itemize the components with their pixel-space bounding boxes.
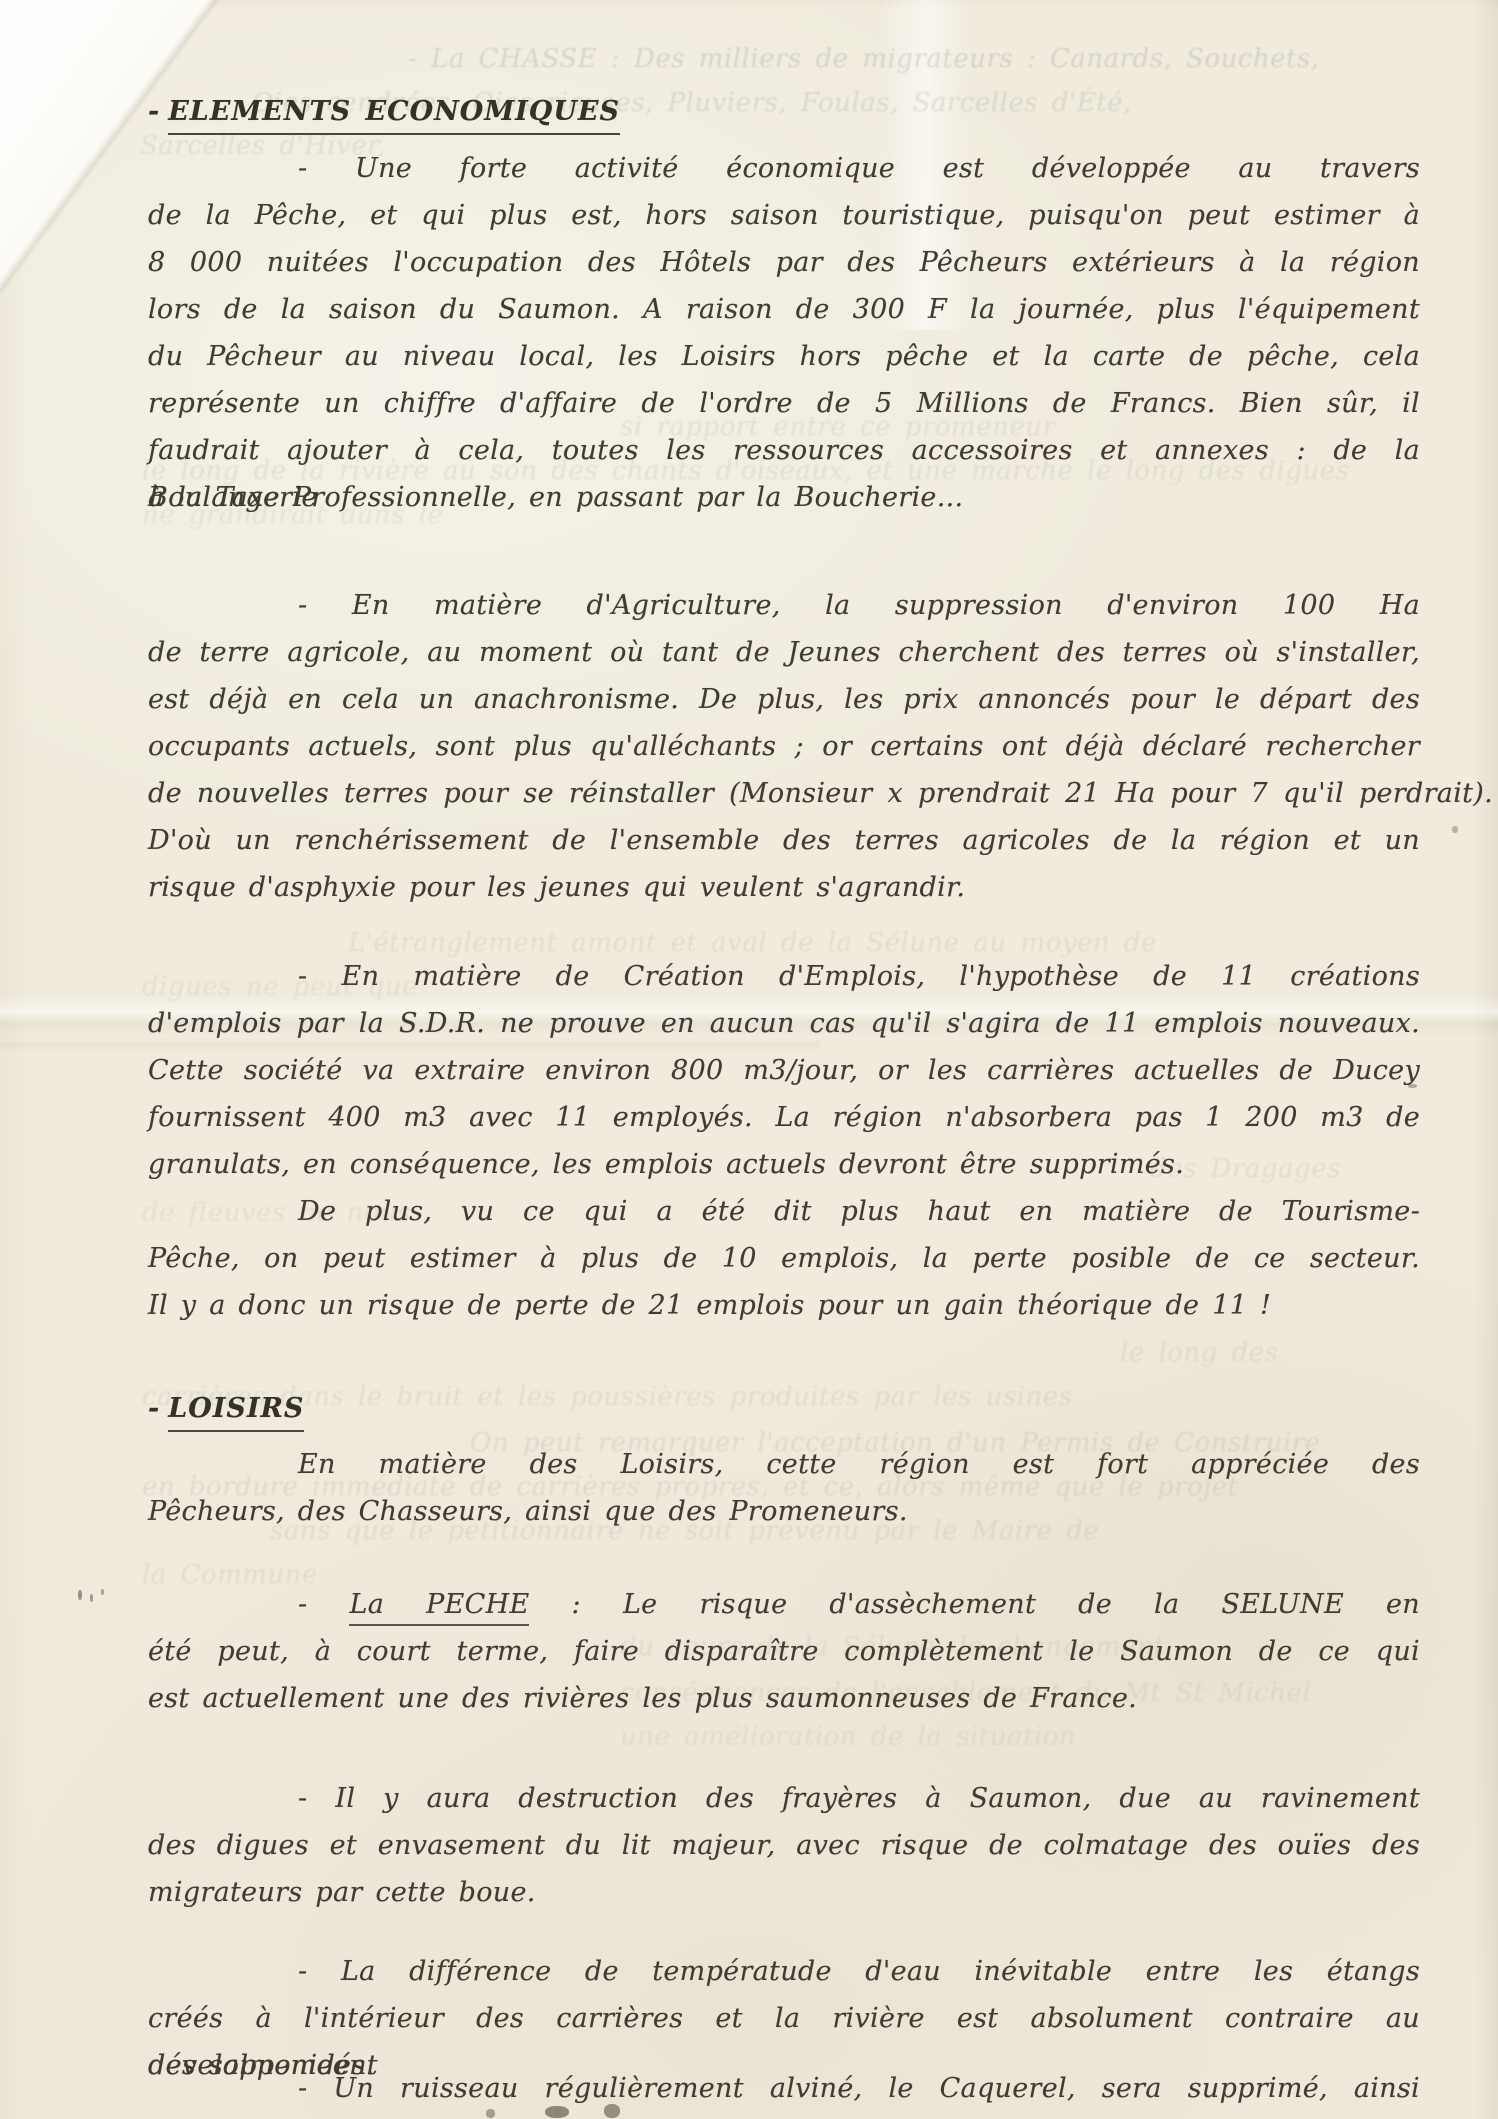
text-line: des digues et envasement du lit majeur, … — [148, 1822, 1420, 1869]
paragraph-la-peche: - La PECHE : Le risque d'assèchement de … — [148, 1581, 1420, 1722]
heading-dash: - — [148, 1393, 160, 1424]
text-line: D'où un renchérissement de l'ensemble de… — [148, 817, 1420, 864]
text-line: Pêcheurs, des Chasseurs, ainsi que des P… — [148, 1488, 1420, 1535]
text-line: - En matière de Création d'Emplois, l'hy… — [148, 953, 1420, 1000]
underlined-text: La PECHE — [349, 1589, 529, 1626]
paragraph-creation-emplois: - En matière de Création d'Emplois, l'hy… — [148, 953, 1420, 1188]
text-line: migrateurs par cette boue. — [148, 1869, 1420, 1916]
paragraph-agriculture: - En matière d'Agriculture, la suppressi… — [148, 582, 1420, 911]
ink-speck — [90, 1594, 93, 1602]
heading-label: ELEMENTS ECONOMIQUES — [168, 96, 620, 135]
paragraph-tourisme-peche: - Une forte activité économique est déve… — [148, 145, 1420, 521]
section-heading-elements-economiques: -ELEMENTS ECONOMIQUES — [148, 88, 1420, 135]
text-line: granulats, en conséquence, les emplois a… — [148, 1141, 1420, 1188]
typewritten-text-body: -ELEMENTS ECONOMIQUES- Une forte activit… — [148, 88, 1420, 2112]
text-line: faudrait ajouter à cela, toutes les ress… — [148, 427, 1420, 474]
text-line: - Il y aura destruction des frayères à S… — [148, 1775, 1420, 1822]
text-line: créés à l'intérieur des carrières et la … — [148, 1995, 1420, 2042]
scanned-document-page: - La CHASSE : Des milliers de migrateurs… — [0, 0, 1498, 2119]
text-line: - La différence de températude d'eau iné… — [148, 1948, 1420, 1995]
text-line: De plus, vu ce qui a été dit plus haut e… — [148, 1188, 1420, 1235]
text-run: - — [298, 1589, 349, 1620]
text-line: Cette société va extraire environ 800 m3… — [148, 1047, 1420, 1094]
text-line: occupants actuels, sont plus qu'alléchan… — [148, 723, 1420, 770]
text-line: - Une forte activité économique est déve… — [148, 145, 1420, 192]
ink-speck — [1408, 1084, 1417, 1088]
text-line: est déjà en cela un anachronisme. De plu… — [148, 676, 1420, 723]
text-run: : Le risque d'assèchement de la SELUNE e… — [529, 1589, 1420, 1620]
text-line: représente un chiffre d'affaire de l'ord… — [148, 380, 1420, 427]
text-line: - La PECHE : Le risque d'assèchement de … — [148, 1581, 1420, 1628]
text-line: de nouvelles terres pour se réinstaller … — [148, 770, 1493, 817]
text-line: lors de la saison du Saumon. A raison de… — [148, 286, 1420, 333]
text-line: Il y a donc un risque de perte de 21 emp… — [148, 1282, 1420, 1329]
text-line: de la Pêche, et qui plus est, hors saiso… — [148, 192, 1420, 239]
text-line: - En matière d'Agriculture, la suppressi… — [148, 582, 1420, 629]
ink-speck — [486, 2109, 495, 2118]
text-line: été peut, à court terme, faire disparaît… — [148, 1628, 1420, 1675]
text-line: Pêche, on peut estimer à plus de 10 empl… — [148, 1235, 1420, 1282]
text-line: d'emplois par la S.D.R. ne prouve en auc… — [148, 1000, 1420, 1047]
text-line: risque d'asphyxie pour les jeunes qui ve… — [148, 864, 1420, 911]
ink-speck — [78, 1590, 82, 1600]
text-line: En matière des Loisirs, cette région est… — [148, 1441, 1420, 1488]
heading-label: LOISIRS — [168, 1393, 304, 1432]
paragraph-ruisseau: - Un ruisseau régulièrement alviné, le C… — [148, 2065, 1420, 2112]
paragraph-loisirs-intro: En matière des Loisirs, cette région est… — [148, 1441, 1420, 1535]
paragraph-frayeres: - Il y aura destruction des frayères à S… — [148, 1775, 1420, 1916]
text-line: du Pêcheur au niveau local, les Loisirs … — [148, 333, 1420, 380]
text-line: - Un ruisseau régulièrement alviné, le C… — [148, 2065, 1420, 2112]
section-heading-loisirs: -LOISIRS — [148, 1385, 1420, 1432]
text-line: fournissent 400 m3 avec 11 employés. La … — [148, 1094, 1420, 1141]
text-line: à la Taxe Professionnelle, en passant pa… — [148, 474, 1420, 521]
ink-speck — [101, 1589, 104, 1595]
ink-speck — [545, 2106, 569, 2118]
ink-speck — [604, 2104, 620, 2118]
text-line: est actuellement une des rivières les pl… — [148, 1675, 1420, 1722]
bleed-through-text: - La CHASSE : Des milliers de migrateurs… — [408, 44, 1320, 74]
paragraph-perte-emplois: De plus, vu ce qui a été dit plus haut e… — [148, 1188, 1420, 1329]
ink-speck — [1452, 826, 1458, 833]
text-line: 8 000 nuitées l'occupation des Hôtels pa… — [148, 239, 1420, 286]
text-line: de terre agricole, au moment où tant de … — [148, 629, 1420, 676]
heading-dash: - — [148, 96, 160, 127]
